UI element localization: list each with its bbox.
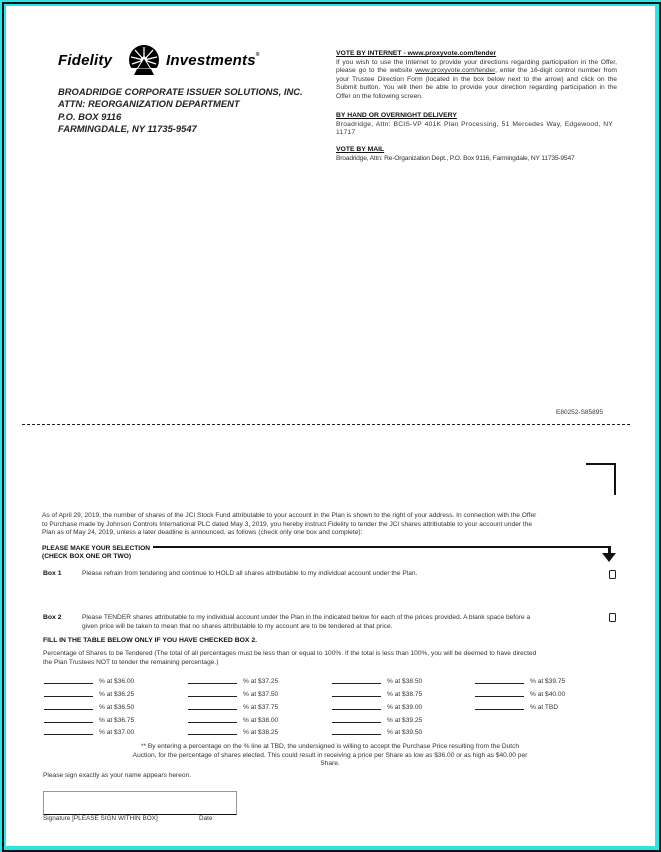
percentage-input-line[interactable] [44,722,93,723]
percentage-input-line[interactable] [332,683,381,684]
arrow-down-icon [602,553,616,562]
logo-word-fidelity: Fidelity [58,52,112,69]
box-1-label: Box 1 [43,570,62,577]
percentage-input-line[interactable] [188,696,237,697]
vote-internet-heading: VOTE BY INTERNET - www.proxyvote.com/ten… [336,50,617,59]
percentage-input-line[interactable] [44,734,93,735]
vote-by-internet-section: VOTE BY INTERNET - www.proxyvote.com/ten… [336,50,617,102]
control-number: E80252-S85895 [556,409,603,416]
instruction-paragraph: As of April 29, 2019, the number of shar… [42,512,538,538]
price-row: % at TBD [475,699,565,712]
box-2-checkbox[interactable] [609,613,616,622]
price-row: % at $36.75 [44,712,134,725]
hand-delivery-heading: BY HAND OR OVERNIGHT DELIVERY [336,112,617,121]
box-2-text: Please TENDER shares attributable to my … [82,614,542,631]
percentage-input-line[interactable] [332,709,381,710]
hand-delivery-text: Broadridge, Attn: BCIS-VP 401K Plan Proc… [336,121,613,138]
selection-heading: PLEASE MAKE YOUR SELECTION (CHECK BOX ON… [42,545,150,561]
percentage-input-line[interactable] [188,683,237,684]
tbd-footnote: ** By entering a percentage on the % lin… [132,743,528,769]
hand-delivery-section: BY HAND OR OVERNIGHT DELIVERY Broadridge… [336,112,617,138]
date-label: Date [199,815,213,822]
date-box[interactable] [198,791,237,815]
percentage-input-line[interactable] [188,709,237,710]
fidelity-pyramid-sunburst-icon [128,44,160,76]
percentage-input-line[interactable] [332,722,381,723]
price-column-2: % at $37.25 % at $37.50 % at $37.75 % at… [188,673,278,737]
price-row: % at $39.25 [332,712,422,725]
vote-internet-text: If you wish to use the Internet to provi… [336,59,617,102]
percentage-input-line[interactable] [475,709,524,710]
price-percentage-grid: % at $36.00 % at $36.25 % at $36.50 % at… [44,673,604,743]
fill-table-heading: FILL IN THE TABLE BELOW ONLY IF YOU HAVE… [43,637,257,644]
price-row: % at $38.25 [188,725,278,738]
price-row: % at $37.75 [188,699,278,712]
address-line: BROADRIDGE CORPORATE ISSUER SOLUTIONS, I… [58,86,303,98]
return-address: BROADRIDGE CORPORATE ISSUER SOLUTIONS, I… [58,86,303,136]
logo-word-investments: Investments® [166,52,260,69]
percentage-input-line[interactable] [44,709,93,710]
percentage-input-line[interactable] [475,696,524,697]
price-row: % at $37.25 [188,673,278,686]
box-1-checkbox[interactable] [609,570,616,579]
percentage-input-line[interactable] [188,734,237,735]
sign-instruction: Please sign exactly as your name appears… [43,772,191,779]
price-row: % at $36.50 [44,699,134,712]
percentage-input-line[interactable] [44,683,93,684]
vote-mail-text: Broadridge, Attn: Re-Organization Dept.,… [336,155,617,164]
percentage-input-line[interactable] [332,696,381,697]
box-1-text: Please refrain from tendering and contin… [82,570,542,579]
price-row: % at $37.50 [188,686,278,699]
proxyvote-link[interactable]: www.proxyvote.com/tender [415,67,495,74]
percentage-input-line[interactable] [332,734,381,735]
price-column-4: % at $39.75 % at $40.00 % at TBD [475,673,565,712]
box-2-label: Box 2 [43,614,62,621]
fidelity-logo: Fidelity Investments® [58,42,288,82]
price-row: % at $40.00 [475,686,565,699]
signature-label: Signature [PLEASE SIGN WITHIN BOX] [43,815,158,822]
tear-line-divider [22,424,630,425]
vote-by-mail-section: VOTE BY MAIL Broadridge, Attn: Re-Organi… [336,146,617,163]
price-column-3: % at $38.50 % at $38.75 % at $39.00 % at… [332,673,422,737]
signature-box[interactable] [43,791,200,815]
vote-mail-heading: VOTE BY MAIL [336,146,617,155]
price-row: % at $36.00 [44,673,134,686]
price-row: % at $37.00 [44,725,134,738]
address-line: P.O. BOX 9116 [58,111,303,123]
tender-instruction-form: Fidelity Investments® BROADRIDGE CORPORA… [6,6,655,846]
price-row: % at $38.00 [188,712,278,725]
price-row: % at $38.75 [332,686,422,699]
percentage-note: Percentage of Shares to be Tendered (The… [43,650,543,667]
percentage-input-line[interactable] [475,683,524,684]
price-row: % at $39.50 [332,725,422,738]
address-line: ATTN: REORGANIZATION DEPARTMENT [58,98,303,110]
percentage-input-line[interactable] [44,696,93,697]
price-column-1: % at $36.00 % at $36.25 % at $36.50 % at… [44,673,134,737]
address-line: FARMINGDALE, NY 11735-9547 [58,123,303,135]
price-row: % at $39.75 [475,673,565,686]
corner-registration-mark [586,463,616,495]
price-row: % at $36.25 [44,686,134,699]
selection-pointer-line [153,546,610,548]
percentage-input-line[interactable] [188,722,237,723]
price-row: % at $38.50 [332,673,422,686]
price-row: % at $39.00 [332,699,422,712]
